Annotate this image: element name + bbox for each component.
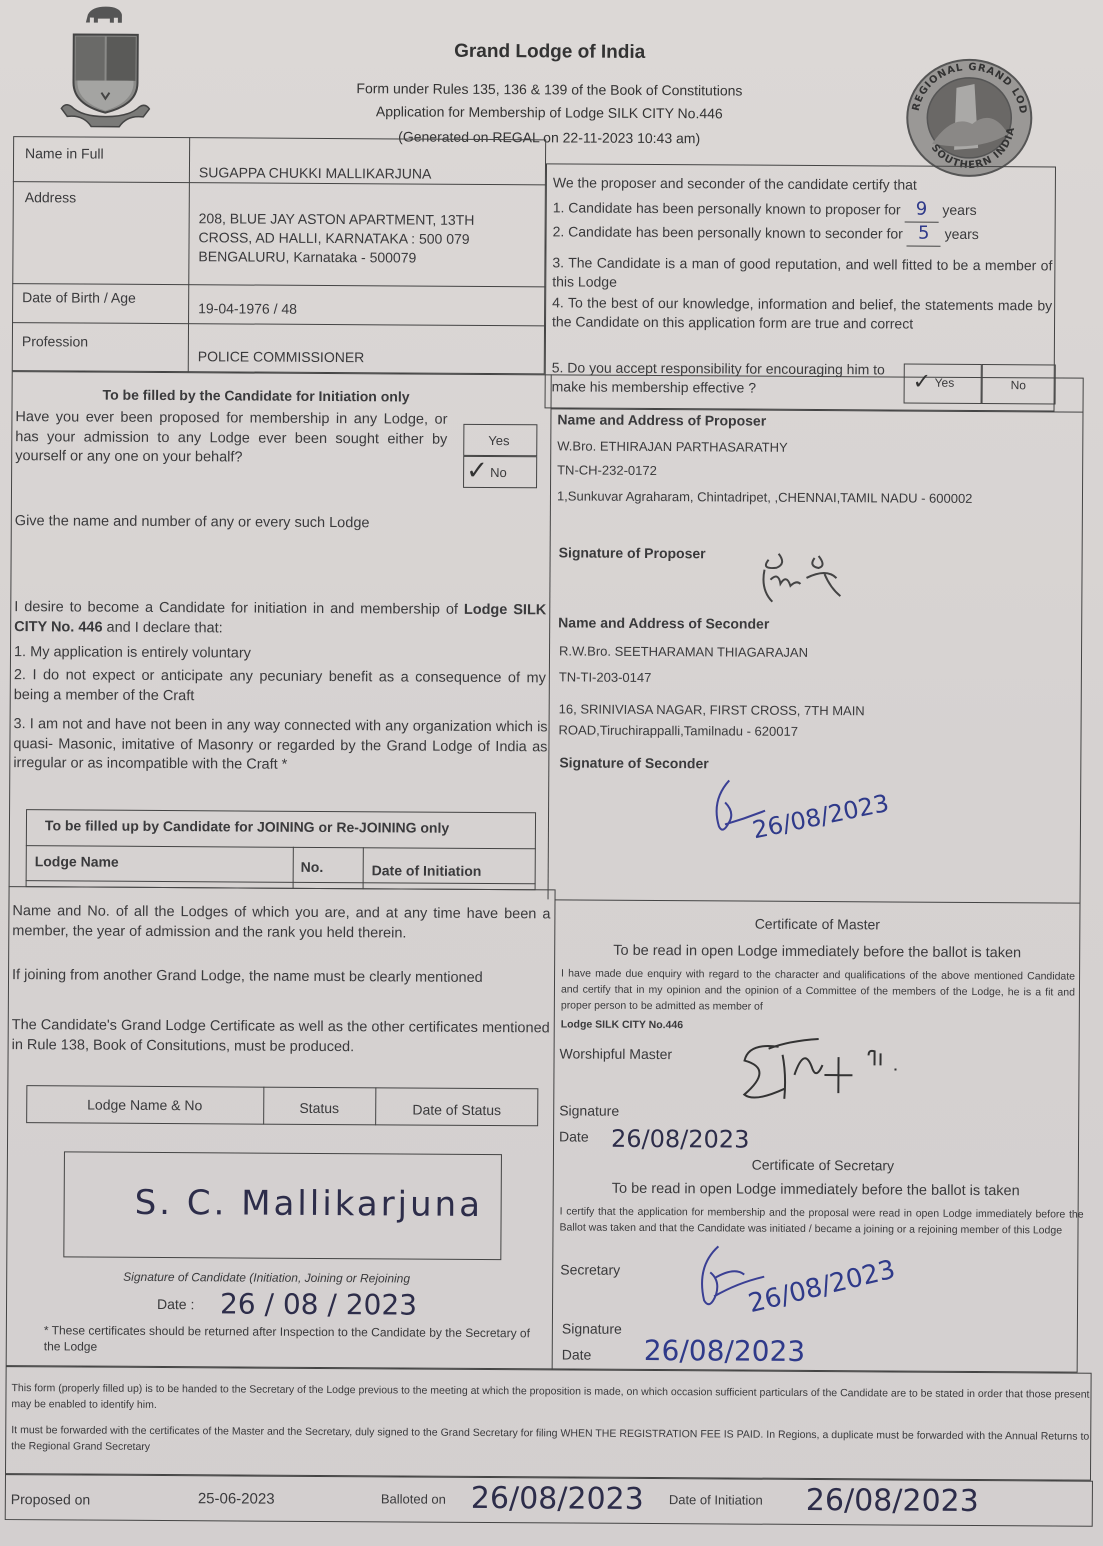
membership-history-para-3: The Candidate's Grand Lodge Certificate … xyxy=(12,1016,550,1058)
proposer-signature[interactable] xyxy=(748,530,889,621)
seconder-heading: Name and Address of Seconder xyxy=(558,613,769,633)
seconder-years-value: 5 xyxy=(907,222,941,248)
responsibility-yes-checkbox[interactable]: ✓ Yes xyxy=(904,364,982,404)
regional-grand-lodge-seal-icon: REGIONAL GRAND LODGE SOUTHERN INDIA xyxy=(904,58,1035,179)
history-col-date-of-status: Date of Status xyxy=(375,1100,538,1120)
secretary-certificate-title: Certificate of Secretary xyxy=(693,1155,953,1175)
candidate-date-value: 26 / 08 / 2023 xyxy=(220,1287,417,1321)
certification-item-3: 3. The Candidate is a man of good reputa… xyxy=(552,253,1052,294)
checkmark-icon: ✓ xyxy=(913,369,932,395)
seconder-signature-label: Signature of Seconder xyxy=(559,753,708,773)
secretary-certificate-body: I certify that the application for membe… xyxy=(559,1204,1083,1239)
responsibility-no-checkbox[interactable]: No xyxy=(982,364,1056,404)
history-col-status: Status xyxy=(263,1099,375,1119)
candidate-signature: S. C. Mallikarjuna xyxy=(135,1183,484,1225)
dob-value: 19-04-1976 / 48 xyxy=(198,299,297,318)
joining-col-no: No. xyxy=(301,858,324,877)
proposer-signature-label: Signature of Proposer xyxy=(559,543,706,563)
address-line-2: CROSS, AD HALLI, KARNATAKA : 500 079 xyxy=(198,228,469,249)
name-label: Name in Full xyxy=(25,144,104,163)
name-value: SUGAPPA CHUKKI MALLIKARJUNA xyxy=(199,163,431,183)
proposer-reg-no: TN-CH-232-0172 xyxy=(557,461,657,479)
date-of-initiation-value: 26/08/2023 xyxy=(806,1483,979,1519)
instructions-para-2: It must be forwarded with the certificat… xyxy=(11,1422,1089,1461)
proposed-before-no-checkbox[interactable]: ✓ No xyxy=(463,456,537,488)
lodge-prompt: Give the name and number of any or every… xyxy=(15,512,370,534)
certification-item-5: 5. Do you accept responsibility for enco… xyxy=(552,358,902,398)
certification-intro: We the proposer and seconder of the cand… xyxy=(553,173,917,194)
proposed-on-value: 25-06-2023 xyxy=(198,1489,275,1510)
certificates-footnote: * These certificates should be returned … xyxy=(44,1322,534,1357)
secretary-signature-label: Signature xyxy=(562,1319,622,1338)
seconder-address-line-2: ROAD,Tiruchirappalli,Tamilnadu - 620017 xyxy=(558,721,798,740)
balloted-on-label: Balloted on xyxy=(381,1490,446,1508)
candidate-date-label: Date : xyxy=(157,1295,194,1314)
instructions-para-1: This form (properly filled up) is to be … xyxy=(11,1380,1089,1419)
candidate-signature-caption: Signature of Candidate (Initiation, Join… xyxy=(123,1269,410,1287)
initiation-question: Have you ever been proposed for membersh… xyxy=(15,408,447,469)
proposer-years-value: 9 xyxy=(904,198,938,224)
master-certificate-lodge: Lodge SILK CITY No.446 xyxy=(561,1017,683,1033)
form-title: Grand Lodge of India xyxy=(300,40,800,65)
master-certificate-subtitle: To be read in open Lodge immediately bef… xyxy=(554,941,1080,964)
balloted-on-value: 26/08/2023 xyxy=(471,1481,644,1517)
proposer-heading: Name and Address of Proposer xyxy=(557,410,766,430)
master-certificate-body: I have made due enquiry with regard to t… xyxy=(561,966,1075,1016)
form-subtitle-application: Application for Membership of Lodge SILK… xyxy=(299,103,799,122)
form-subtitle-rules: Form under Rules 135, 136 & 139 of the B… xyxy=(299,80,799,99)
address-label: Address xyxy=(25,188,76,207)
seconder-address-line-1: 16, SRINIVIASA NAGAR, FIRST CROSS, 7TH M… xyxy=(559,700,865,719)
certification-item-4: 4. To the best of our knowledge, informa… xyxy=(552,293,1052,334)
seconder-name: R.W.Bro. SEETHARAMAN THIAGARAJAN xyxy=(559,642,808,661)
application-form: REGIONAL GRAND LODGE SOUTHERN INDIA Gran… xyxy=(0,0,1103,1546)
profession-label: Profession xyxy=(22,332,88,351)
proposer-address: 1,Sunkuvar Agraharam, Chintadripet, ,CHE… xyxy=(557,487,1027,507)
profession-value: POLICE COMMISSIONER xyxy=(198,347,365,367)
worshipful-master-label: Worshipful Master xyxy=(560,1044,673,1064)
membership-history-para-1: Name and No. of all the Lodges of which … xyxy=(12,902,550,944)
master-certificate-title: Certificate of Master xyxy=(554,913,1080,935)
joining-col-date-of-initiation: Date of Initiation xyxy=(372,861,482,881)
master-signature-label: Signature xyxy=(559,1101,619,1120)
secretary-label: Secretary xyxy=(560,1260,620,1279)
address-line-1: 208, BLUE JAY ASTON APARTMENT, 13TH xyxy=(199,209,475,230)
master-date-label: Date xyxy=(559,1127,589,1146)
master-date-value: 26/08/2023 xyxy=(611,1125,749,1154)
declaration-3: 3. I am not and have not been in any way… xyxy=(13,715,547,777)
declaration-2: 2. I do not expect or anticipate any pec… xyxy=(14,666,546,708)
declaration-1: 1. My application is entirely voluntary xyxy=(14,643,546,666)
proposed-on-label: Proposed on xyxy=(11,1490,91,1509)
history-col-lodge-name-no: Lodge Name & No xyxy=(26,1095,263,1115)
membership-history-para-2: If joining from another Grand Lodge, the… xyxy=(12,966,550,989)
secretary-certificate-subtitle: To be read in open Lodge immediately bef… xyxy=(553,1179,1079,1202)
proposed-before-yes-checkbox[interactable]: Yes xyxy=(463,424,537,456)
seconder-reg-no: TN-TI-203-0147 xyxy=(559,668,652,686)
joining-table-heading: To be filled up by Candidate for JOINING… xyxy=(45,816,449,837)
proposer-name: W.Bro. ETHIRAJAN PARTHASARATHY xyxy=(557,437,788,456)
dob-label: Date of Birth / Age xyxy=(22,288,136,308)
secretary-date-value: 26/08/2023 xyxy=(644,1334,806,1368)
master-signature[interactable] xyxy=(738,1035,998,1112)
candidate-signature-box[interactable]: S. C. Mallikarjuna xyxy=(63,1151,502,1260)
declaration-intro: I desire to become a Candidate for initi… xyxy=(14,598,546,640)
secretary-date-label: Date xyxy=(562,1345,592,1364)
date-of-initiation-label: Date of Initiation xyxy=(669,1491,763,1509)
grand-lodge-crest-icon xyxy=(57,4,154,133)
checkmark-icon: ✓ xyxy=(466,455,488,486)
initiation-heading: To be filled by the Candidate for Initia… xyxy=(103,386,410,407)
joining-col-lodge-name: Lodge Name xyxy=(35,852,119,871)
certification-item-2: 2. Candidate has been personally known t… xyxy=(553,219,1053,247)
address-line-3: BENGALURU, Karnataka - 500079 xyxy=(198,247,416,267)
